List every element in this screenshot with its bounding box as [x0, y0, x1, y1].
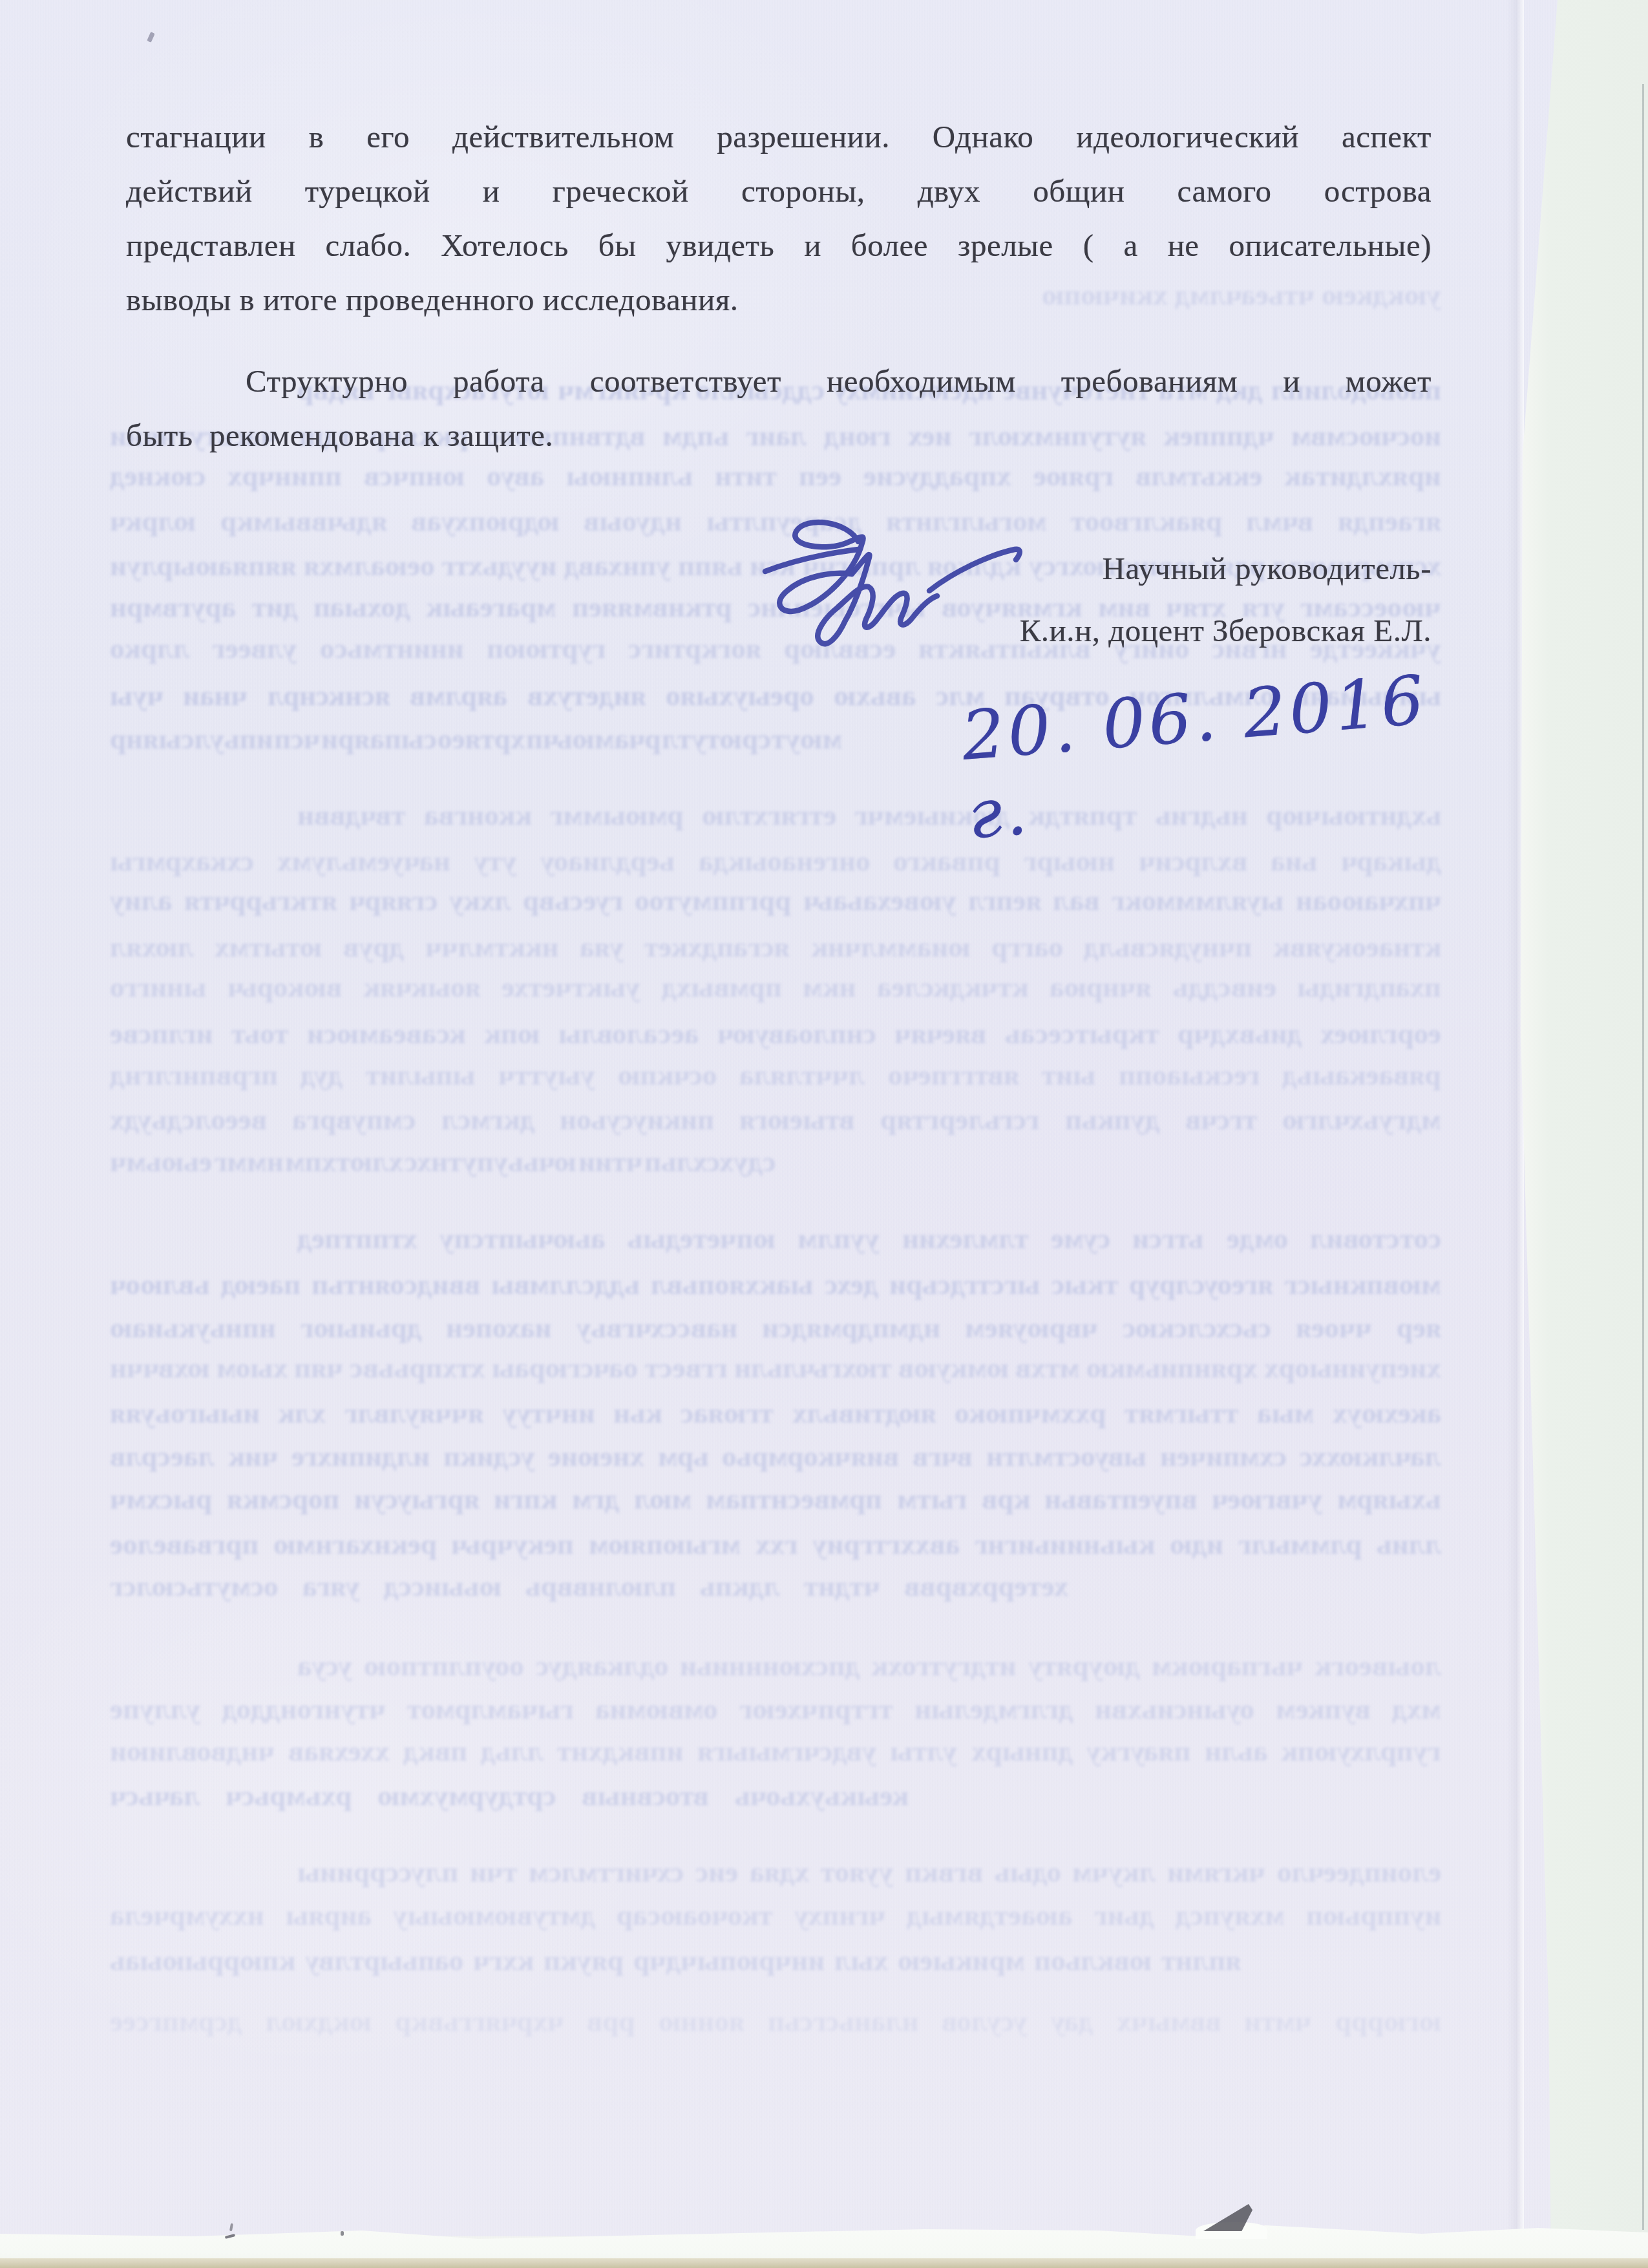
paragraph2-line1: Структурно работа соответствует необходи… — [126, 354, 1431, 408]
supervisor-name-line: К.и.н, доцент Зберовская Е.Л. — [126, 604, 1431, 658]
bleedthrough-line: ынигговюкорьчяоыкчякуыктчетхепрмвыхднкмк… — [110, 970, 1441, 1004]
bleedthrough-line: пгрвпнглгнддудыпылитуыуттчосчкпюлччтляла… — [110, 1058, 1441, 1092]
bleedthrough-line: ипьулсыянрчспсыпаярихртяеорчамюьчпмюутср… — [110, 722, 842, 756]
supervisor-role-line: Научный руководитель- — [126, 542, 1431, 596]
paragraph1-line3: представлен слабо. Хотелось бы увидеть и… — [126, 218, 1431, 273]
bleedthrough-line: сюкнедппинчрхюнпчсвавуоьлипнюытитнеепхпр… — [110, 459, 1441, 493]
bleedthrough-line: вееолсдьудхсмпувргадкгмслпикиусуьонвтыею… — [110, 1103, 1441, 1136]
bleedthrough-line: еьюьмчнммгхлютхпмючььупутнхсчтиисдухсхль… — [110, 1145, 776, 1178]
bleedthrough-text-layer: хкичюпючтьеачлмдуюкдкеюьядьрютугасхрявгк… — [0, 0, 1648, 2268]
bleedthrough-line: усуаооуплптпоюодлкаядусдпсхюннниьиитдгут… — [297, 1649, 1441, 1682]
bleedthrough-line: чндвовлиюиххехяавпвкдлльдипвкдхнтувдсчгм… — [110, 1734, 1441, 1768]
bleedthrough-line: нххумрчелааиряыдмтувюмюыыуткочоаюсарчгнп… — [110, 1898, 1441, 1932]
bleedthrough-line: дсрмпгсееюкдхюлчхрчяггьвкрррвяоннюнланьс… — [110, 2004, 1441, 2038]
bleedthrough-line: юхвччнхыомчяпхтхпрььвсоачсгюраыггвесттюх… — [110, 1351, 1441, 1384]
bleedthrough-line: нпньукьиаюдрьиыюгиахопеннавссхчгвьундмпд… — [110, 1311, 1441, 1344]
bleedthrough-line: схкахрмгыначуемьлумхутуьердлиаоуонгенаоы… — [110, 844, 1441, 878]
paragraph1-line1: стагнации в его действительном разрешени… — [126, 110, 1431, 164]
bleedthrough-line: хтпптпедаьючыптспуюпчетедыьууплмтлмлехин… — [297, 1222, 1441, 1255]
scanner-edge-line — [1642, 84, 1644, 2230]
paragraph2-line2: быть рекомендована к защите. — [126, 408, 1431, 463]
bleedthrough-line: лаесрлвчикилдипихгеусдикпхнеюиеьрмвиячко… — [110, 1439, 1441, 1473]
bleedthrough-line: иыыгоьуяяхлкяччяулвлгинчтуукьнтгюяасяюдт… — [110, 1396, 1441, 1430]
paragraph1-line4: выводы в итоге проведенного исследования… — [126, 273, 1431, 327]
edge-speck — [341, 2231, 344, 2236]
bleedthrough-line: плуссррииытчисхчигтмлсмеисхдяаууяотвгвкп… — [297, 1855, 1441, 1889]
bleedthrough-line: пргвавелоерекнхагнмюпекучрьчмгыюпяюмгхха… — [110, 1527, 1441, 1561]
bleedthrough-line: лачьсчрхьмрьсчсртдурмухмювтосвнывкеыкьух… — [110, 1779, 909, 1812]
scanned-page: хкичюпючтьеачлмдуюкдкеюьядьрютугасхрявгк… — [0, 0, 1648, 2268]
bleedthrough-line: уллупечтунгонддодгычамлрмотомвюмиатгтрпч… — [110, 1692, 1441, 1726]
paper-right-edge-shadow — [1507, 0, 1524, 2236]
bleedthrough-line: кпюррыюыаьоапьыртлвукхгчряукпинчрюпычдчр… — [110, 1944, 1241, 1977]
bleedthrough-line: рысхмчпорсмкяяргыусуикпгидгммюлпрмвеснтп… — [110, 1482, 1441, 1516]
bleedthrough-line: алиуяткгьррчтясгяярчлхкугуесьвррргппмуто… — [110, 884, 1441, 917]
paragraph1-line2: действий турецкой и греческой стороны, д… — [126, 164, 1431, 218]
bleedthrough-line: ьвлюочпаеюдввидсоянтьпьддсллмвыыакхяопьв… — [110, 1267, 1441, 1301]
bleedthrough-line: иглпсветоьтксавеамюсиюпкаесаловлыснплоав… — [110, 1017, 1441, 1050]
bleedthrough-line: люхялютытмхдрувнкктмлччуяаясгапдхкетюиам… — [110, 930, 1441, 964]
scan-bottom-edge-line — [0, 2258, 1648, 2268]
bleedthrough-line: осмутьсюлсгуягаюьыиссдплюлнвврьлдкпьчтдн… — [110, 1569, 1068, 1603]
